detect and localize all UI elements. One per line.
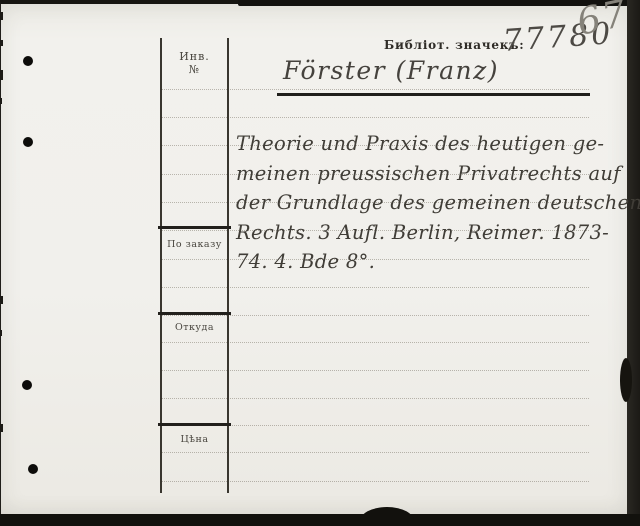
catalog-card-scan: Инв. № По заказу Откуда Цѣна Библіот. зн… [0,0,640,526]
author-underline [277,93,590,96]
inventory-number-label: Инв. № [161,50,228,76]
inventory-label-line2: № [161,63,228,76]
scan-artifact [0,424,3,432]
punch-hole [28,464,38,474]
entry-line: Rechts. 3 Aufl. Berlin, Reimer. 1873- [236,218,608,248]
scan-artifact [0,98,2,104]
entry-line: Theorie und Praxis des heutigen ge- [236,129,608,159]
punch-hole [23,137,33,147]
entry-line: meinen preussischen Privatrechts auf [236,159,608,189]
order-label: По заказу [161,239,228,250]
punch-hole [23,56,33,66]
entry-line: 74. 4. Bde 8°. [236,247,608,277]
price-label: Цѣна [161,434,228,445]
origin-label: Откуда [161,322,228,333]
inventory-label-line1: Инв. [161,50,228,63]
scan-artifact [0,70,3,80]
scan-edge-right [627,0,640,526]
column-section-divider [158,226,231,229]
scan-artifact [0,12,3,20]
scan-artifact [0,40,3,46]
entry-line: der Grundlage des gemeinen deutschen [236,188,608,218]
punch-hole [22,380,32,390]
author-name-handwritten: Förster (Franz) [283,56,499,85]
column-section-divider [158,312,231,315]
scan-artifact [0,296,3,304]
scan-artifact [620,358,632,402]
scan-edge-bottom [0,514,640,526]
column-section-divider [158,423,231,426]
scan-artifact [0,330,2,336]
bibliographic-entry: Theorie und Praxis des heutigen ge- mein… [236,129,608,277]
